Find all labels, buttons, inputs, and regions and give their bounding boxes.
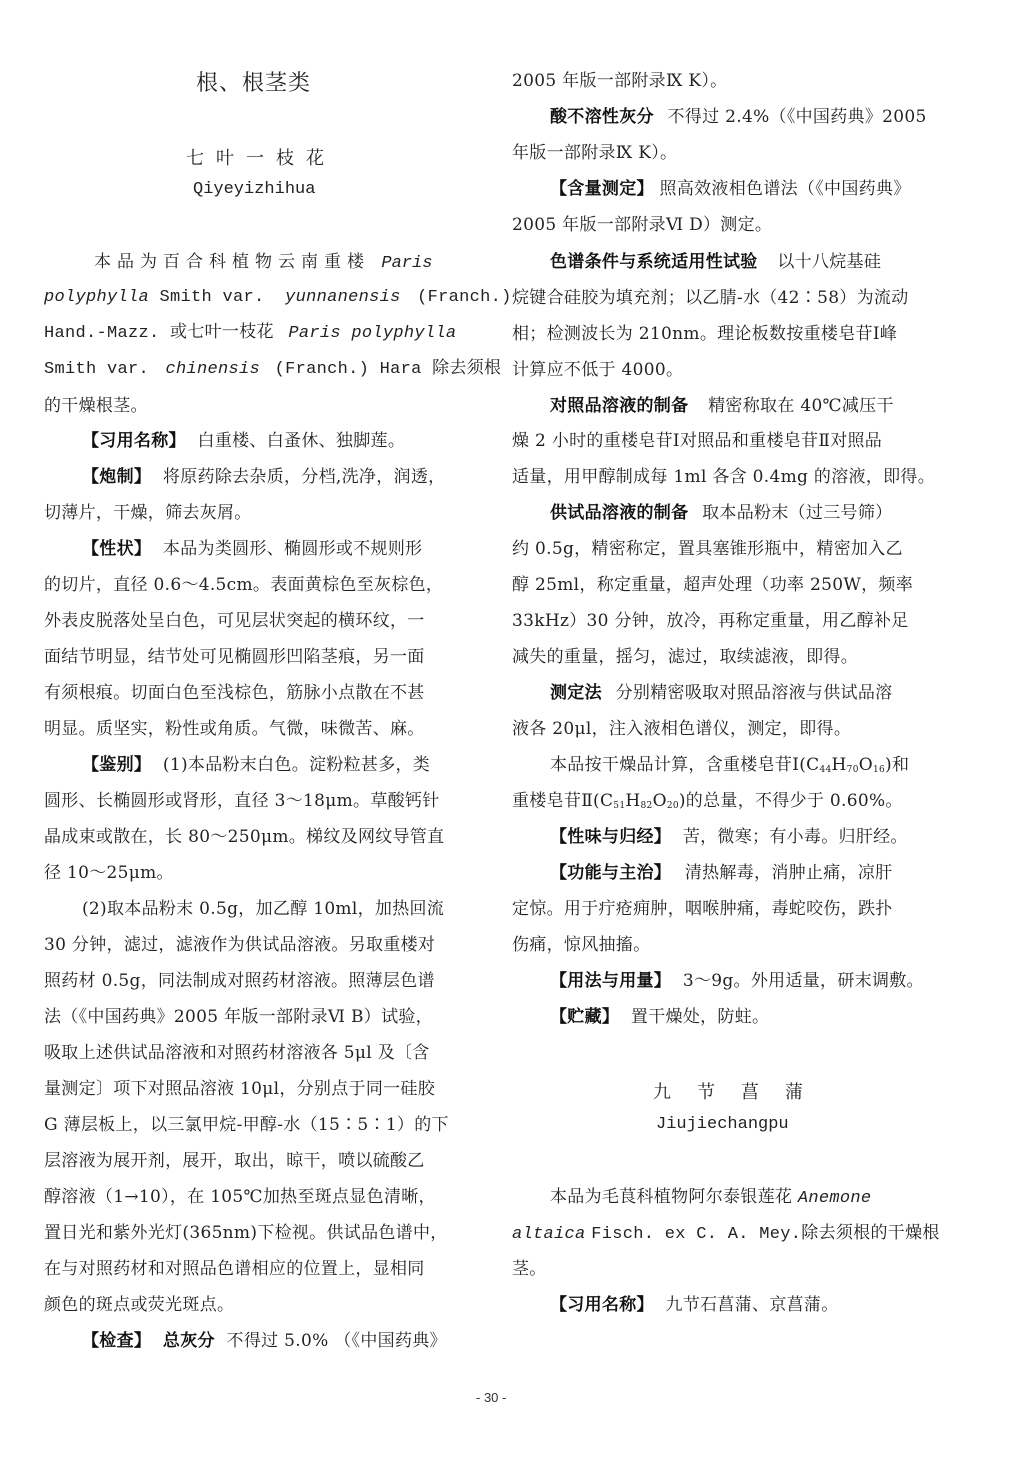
reference-solution-line-1: 对照品溶液的制备 精密称取在 40℃减压干 <box>550 395 894 417</box>
reference-solution-line: 燥 2 小时的重楼皂苷Ⅰ对照品和重楼皂苷Ⅱ对照品 <box>512 430 882 452</box>
section-label: 【炮制】 <box>82 467 151 487</box>
section-label: 【含量测定】 <box>550 179 654 199</box>
source-line-4: Smith var. chinensis (Franch.) Hara 除去须根 <box>44 359 501 381</box>
common-names-line: 【习用名称】 九节石菖蒲、京菖蒲。 <box>550 1294 839 1316</box>
processing-line-1: 【炮制】 将原药除去杂质，分档,洗净，润透， <box>82 466 445 488</box>
source-text: (Franch.) Hara 除去须根 <box>275 360 502 379</box>
identification-line: 在与对照药材和对照品色谱相应的位置上，显相同 <box>44 1258 425 1280</box>
inspection-line-2: 2005 年版一部附录Ⅸ K）。 <box>512 70 727 92</box>
assay-line-1: 【含量测定】 照高效液相色谱法（《中国药典》 <box>550 178 911 200</box>
source-text: 本品为毛茛科植物阿尔泰银莲花 <box>550 1187 792 1207</box>
section-label: 【性状】 <box>82 539 151 559</box>
subsection-label: 色谱条件与系统适用性试验 <box>550 252 758 272</box>
section-label: 【习用名称】 <box>550 1295 654 1315</box>
variety-name: yunnanensis <box>285 288 401 307</box>
section-label: 【检查】 <box>82 1331 151 1351</box>
function-line-3: 伤痛，惊风抽搐。 <box>512 934 650 956</box>
species-name: altaica <box>512 1225 586 1244</box>
identification-line: 吸取上述供试品溶液和对照药材溶液各 5μl 及〔含 <box>44 1042 430 1064</box>
section-text: 取本品粉末（过三号筛） <box>702 503 892 523</box>
identification-line: G 薄层板上，以三氯甲烷-甲醇-水（15∶5∶1）的下 <box>44 1114 449 1136</box>
identification-line: (2)取本品粉末 0.5g，加乙醇 10ml，加热回流 <box>82 898 444 920</box>
acid-ash-line-1: 酸不溶性灰分 不得过 2.4%（《中国药典》2005 <box>550 106 927 128</box>
section-text: 精密称取在 40℃减压干 <box>708 396 894 416</box>
subsection-label: 供试品溶液的制备 <box>550 503 688 523</box>
function-line-2: 定惊。用于疔疮痈肿，咽喉肿痛，毒蛇咬伤，跌扑 <box>512 898 893 920</box>
section-text: 清热解毒，消肿止痛，凉肝 <box>685 863 893 883</box>
identification-line: 置日光和紫外光灯(365nm)下检视。供试品色谱中， <box>44 1222 448 1244</box>
description-line: 明显。质坚实，粉性或角质。气微，味微苦、麻。 <box>44 718 425 740</box>
monograph-title-cn: 九节菖蒲 <box>653 1078 829 1104</box>
section-text: 置干燥处，防蛀。 <box>631 1007 769 1027</box>
method-line-1: 测定法 分别精密吸取对照品溶液与供试品溶 <box>550 682 892 704</box>
result-line-1: 本品按干燥品计算，含重楼皂苷Ⅰ(C44H70O16)和 <box>550 754 909 781</box>
subsection-label: 测定法 <box>550 683 602 703</box>
assay-line-2: 2005 年版一部附录Ⅵ D）测定。 <box>512 214 772 236</box>
subsection-label: 酸不溶性灰分 <box>550 107 654 127</box>
nature-line: 【性味与归经】 苦，微寒；有小毒。归肝经。 <box>550 826 908 848</box>
result-line-2: 重楼皂苷Ⅱ(C51H82O20)的总量，不得少于 0.60%。 <box>512 790 903 817</box>
source-text: (Franch.) <box>417 288 512 307</box>
section-text: 白重楼、白蚤休、独脚莲。 <box>198 431 406 451</box>
source-line-2: altaica Fisch. ex C. A. Mey.除去须根的干燥根 <box>512 1222 940 1246</box>
processing-line-2: 切薄片，干燥，筛去灰屑。 <box>44 502 252 524</box>
identification-line: 醇溶液（1→10），在 105℃加热至斑点显色清晰， <box>44 1186 436 1208</box>
source-line-5: 的干燥根茎。 <box>44 395 148 417</box>
formula-subscript: 51 <box>613 801 625 811</box>
inspection-line-1: 【检查】 总灰分 不得过 5.0% （《中国药典》 <box>82 1330 447 1352</box>
source-line-2: polyphylla Smith var. yunnanensis (Franc… <box>44 287 512 309</box>
section-text: 本品为类圆形、椭圆形或不规则形 <box>163 539 423 559</box>
section-text: 将原药除去杂质，分档,洗净，润透， <box>163 467 446 487</box>
identification-line: 圆形、长椭圆形或肾形，直径 3～18μm。草酸钙针 <box>44 790 440 812</box>
subsection-label: 对照品溶液的制备 <box>550 396 688 416</box>
species-name: Anemone <box>798 1189 872 1208</box>
source-text: Hand.-Mazz. 或七叶一枝花 <box>44 324 274 343</box>
description-line-1: 【性状】 本品为类圆形、椭圆形或不规则形 <box>82 538 422 560</box>
source-line-3: 茎。 <box>512 1258 547 1280</box>
formula-subscript: 44 <box>819 765 831 775</box>
section-text: 苦，微寒；有小毒。归肝经。 <box>683 827 908 847</box>
common-names-line: 【习用名称】 白重楼、白蚤休、独脚莲。 <box>82 430 405 452</box>
section-text: 九节石菖蒲、京菖蒲。 <box>666 1295 839 1315</box>
species-name: polyphylla <box>44 288 149 307</box>
chromatography-line-1: 色谱条件与系统适用性试验 以十八烷基硅 <box>550 251 881 273</box>
identification-line: 照药材 0.5g，同法制成对照药材溶液。照薄层色谱 <box>44 970 435 992</box>
identification-line: 法（《中国药典》2005 年版一部附录Ⅵ B）试验， <box>44 1006 433 1028</box>
identification-line: 量测定〕项下对照品溶液 10μl，分别点于同一硅胶 <box>44 1078 435 1100</box>
section-label: 【习用名称】 <box>82 431 186 451</box>
section-text: 不得过 2.4%（《中国药典》2005 <box>668 107 927 127</box>
section-text: 不得过 5.0% （《中国药典》 <box>227 1331 447 1351</box>
monograph-title-pinyin: Jiujiechangpu <box>656 1115 789 1134</box>
reference-solution-line: 适量，用甲醇制成每 1ml 各含 0.4mg 的溶液，即得。 <box>512 466 935 488</box>
test-solution-line-1: 供试品溶液的制备 取本品粉末（过三号筛） <box>550 502 892 524</box>
section-text: 重楼皂苷Ⅱ(C <box>512 791 613 811</box>
description-line: 有须根痕。切面白色至浅棕色，筋脉小点散在不甚 <box>44 682 425 704</box>
formula-subscript: 70 <box>847 765 859 775</box>
formula-subscript: 16 <box>873 765 885 775</box>
source-text: 本品为百合科植物云南重楼 <box>94 252 370 272</box>
identification-line: 晶成束或散在，长 80～250μm。梯纹及网纹导管直 <box>44 826 444 848</box>
identification-line: 30 分钟，滤过，滤液作为供试品溶液。另取重楼对 <box>44 934 435 956</box>
method-line: 液各 20μl，注入液相色谱仪，测定，即得。 <box>512 718 851 740</box>
source-text: Fisch. ex C. A. Mey.除去须根的干燥根 <box>591 1225 939 1244</box>
section-text: 以十八烷基硅 <box>777 252 881 272</box>
source-line-1: 本品为毛茛科植物阿尔泰银莲花 Anemone <box>550 1186 871 1210</box>
section-text: 3～9g。外用适量，研末调敷。 <box>683 971 924 991</box>
section-label: 【用法与用量】 <box>550 971 671 991</box>
identification-line: 颜色的斑点或荧光斑点。 <box>44 1294 234 1316</box>
section-text: (1)本品粉末白色。淀粉粒甚多，类 <box>163 755 430 775</box>
monograph-title-cn: 七叶一枝花 <box>186 144 336 170</box>
test-solution-line: 约 0.5g，精密称定，置具塞锥形瓶中，精密加入乙 <box>512 538 903 560</box>
test-solution-line: 醇 25ml，称定重量，超声处理（功率 250W，频率 <box>512 574 913 596</box>
section-label: 【鉴别】 <box>82 755 151 775</box>
monograph-title-pinyin: Qiyeyizhihua <box>193 180 315 199</box>
formula-subscript: 82 <box>641 801 653 811</box>
variety-name: chinensis <box>166 360 261 379</box>
section-text: 本品按干燥品计算，含重楼皂苷Ⅰ(C <box>550 755 819 775</box>
section-text: 分别精密吸取对照品溶液与供试品溶 <box>616 683 893 703</box>
chromatography-line: 烷键合硅胶为填充剂；以乙腈-水（42∶58）为流动 <box>512 287 909 309</box>
section-text: )和 <box>885 755 909 775</box>
test-solution-line: 33kHz）30 分钟，放冷，再称定重量，用乙醇补足 <box>512 610 909 632</box>
section-label: 【功能与主治】 <box>550 863 671 883</box>
section-text: 照高效液相色谱法（《中国药典》 <box>660 179 911 199</box>
storage-line: 【贮藏】 置干燥处，防蛀。 <box>550 1006 769 1028</box>
identification-line: 径 10～25μm。 <box>44 862 174 884</box>
source-text: Smith var. <box>44 360 149 379</box>
species-name: Paris polyphylla <box>288 324 456 343</box>
description-line: 面结节明显，结节处可见椭圆形凹陷茎痕，另一面 <box>44 646 425 668</box>
source-line-1: 本品为百合科植物云南重楼 Paris <box>94 251 432 275</box>
identification-line: 层溶液为展开剂，展开，取出，晾干，喷以硫酸乙 <box>44 1150 425 1172</box>
description-line: 外表皮脱落处呈白色，可见层状突起的横环纹，一 <box>44 610 425 632</box>
source-text: Smith var. <box>160 288 265 307</box>
document-page: 根、根茎类 七叶一枝花 Qiyeyizhihua 本品为百合科植物云南重楼 Pa… <box>0 0 1035 1479</box>
dosage-line: 【用法与用量】 3～9g。外用适量，研末调敷。 <box>550 970 924 992</box>
section-label: 【贮藏】 <box>550 1007 619 1027</box>
section-title: 根、根茎类 <box>196 66 311 97</box>
section-label: 【性味与归经】 <box>550 827 671 847</box>
test-solution-line: 减失的重量，摇匀，滤过，取续滤液，即得。 <box>512 646 858 668</box>
chromatography-line: 计算应不低于 4000。 <box>512 359 683 381</box>
subsection-label: 总灰分 <box>163 1331 215 1351</box>
acid-ash-line-2: 年版一部附录Ⅸ K）。 <box>512 142 677 164</box>
identification-line-1: 【鉴别】 (1)本品粉末白色。淀粉粒甚多，类 <box>82 754 430 776</box>
page-number: - 30 - <box>476 1390 506 1405</box>
chromatography-line: 相；检测波长为 210nm。理论板数按重楼皂苷Ⅰ峰 <box>512 323 897 345</box>
section-text: )的总量，不得少于 0.60%。 <box>679 791 903 811</box>
formula-subscript: 20 <box>667 801 679 811</box>
description-line: 的切片，直径 0.6～4.5cm。表面黄棕色至灰棕色， <box>44 574 443 596</box>
function-line-1: 【功能与主治】 清热解毒，消肿止痛，凉肝 <box>550 862 892 884</box>
species-name: Paris <box>381 254 432 273</box>
source-line-3: Hand.-Mazz. 或七叶一枝花 Paris polyphylla <box>44 323 456 345</box>
